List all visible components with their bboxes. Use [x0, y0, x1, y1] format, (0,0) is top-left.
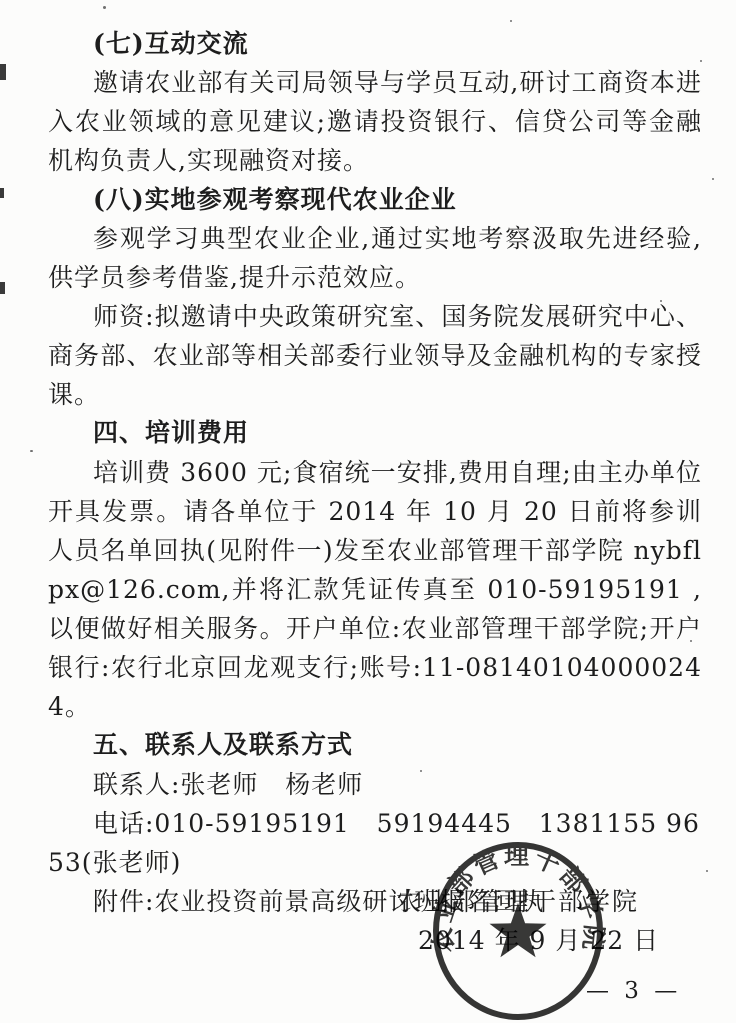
paragraph-interaction-exchange: 邀请农业部有关司局领导与学员互动,研讨工商资本进入农业领域的意见建议;邀请投资银…: [48, 63, 702, 180]
heading-contacts: 五、联系人及联系方式: [48, 726, 702, 765]
scan-speck: [690, 640, 692, 642]
scanned-document-page: (七)互动交流 邀请农业部有关司局领导与学员互动,研讨工商资本进入农业领域的意见…: [0, 0, 736, 1023]
heading-training-fee: 四、培训费用: [48, 414, 702, 453]
paragraph-contact-names: 联系人:张老师 杨老师: [48, 765, 702, 804]
scan-edge-artifact: [0, 64, 6, 80]
paragraph-faculty: 师资:拟邀请中央政策研究室、国务院发展研究中心、商务部、农业部等相关部委行业领导…: [48, 297, 702, 414]
scan-speck: [103, 6, 106, 9]
scan-speck: [706, 870, 708, 872]
subheading-site-visit: (八)实地参观考察现代农业企业: [48, 180, 702, 219]
scan-edge-artifact: [0, 282, 5, 294]
document-body: (七)互动交流 邀请农业部有关司局领导与学员互动,研讨工商资本进入农业领域的意见…: [48, 24, 702, 921]
scan-speck: [420, 770, 422, 772]
scan-speck: [660, 300, 662, 302]
official-seal-stamp: 农业部管理干部学院: [430, 840, 606, 1022]
scan-speck: [700, 60, 702, 62]
scan-speck: [510, 20, 512, 22]
page-number: — 3 —: [586, 978, 681, 1004]
scan-speck: [30, 450, 33, 452]
star-icon: [490, 903, 547, 957]
paragraph-site-visit: 参观学习典型农业企业,通过实地考察汲取先进经验,供学员参考借鉴,提升示范效应。: [48, 219, 702, 297]
scan-speck: [712, 178, 714, 180]
subheading-interaction-exchange: (七)互动交流: [48, 24, 702, 63]
scan-edge-artifact: [0, 188, 4, 198]
paragraph-training-fee: 培训费 3600 元;食宿统一安排,费用自理;由主办单位开具发票。请各单位于 2…: [48, 453, 702, 726]
